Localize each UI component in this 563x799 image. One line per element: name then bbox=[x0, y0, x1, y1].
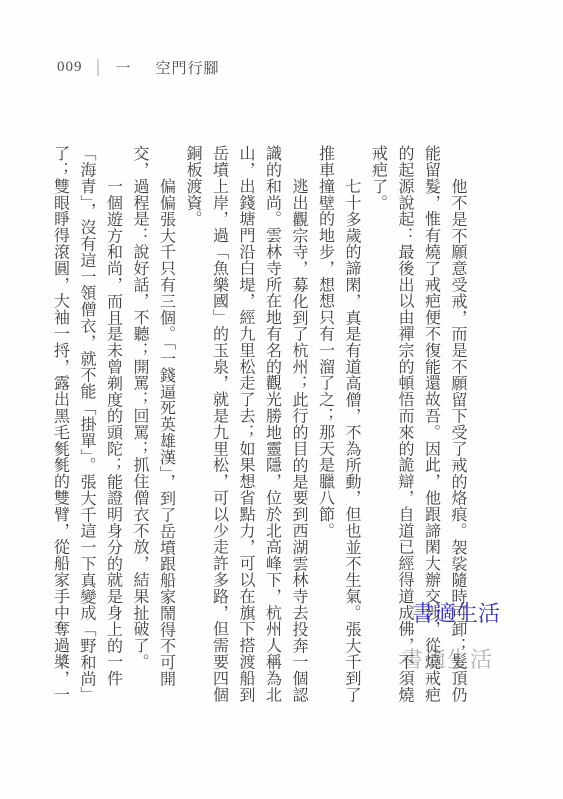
text-column: 的起源說起：最後出以由禪宗的頓悟而來的詭辯，自道已經得道成佛，不須燒 bbox=[391, 145, 418, 705]
text-column: 他不是不願意受戒，而是不願留下受了戒的烙痕。袈裟隨時可卸；髮頂仍 bbox=[444, 145, 471, 705]
text-column: 推車撞壁的地步，想想只有一溜了之；那天是臘八節。 bbox=[311, 145, 338, 705]
text-column: 七十多歲的諦閑，真是有道高僧，不為所動，但也並不生氣。張大千到了 bbox=[338, 145, 365, 705]
text-column: 岳墳上岸，過「魚樂國」的玉泉，就是九里松，可以少走許多路，但需要四個 bbox=[205, 145, 232, 705]
text-column: 偏偏張大千只有三個。「一錢逼死英雄漢」，到了岳墳跟船家鬧得不可開 bbox=[152, 145, 179, 705]
chapter-number: 一 bbox=[116, 57, 132, 78]
text-column: 一個遊方和尚，而且是未曾剃度的頭陀；能證明身分的就是身上的一件 bbox=[99, 145, 126, 705]
text-column: 識的和尚。雲林寺所在地有名的觀光勝地靈隱，位於北高峰下，杭州人稱為北 bbox=[258, 145, 285, 705]
text-column: 了；雙眼睜得滾圓，大袖一捋，露出黑毛毿毿的雙臂，從船家手中奪過槳，一 bbox=[46, 145, 73, 705]
book-page: 009 ｜ 一 空門行腳 他不是不願意受戒，而是不願留下受了戒的烙痕。袈裟隨時可… bbox=[0, 0, 563, 799]
chapter-title: 空門行腳 bbox=[156, 57, 220, 78]
text-column: 銅板渡資。 bbox=[179, 145, 206, 705]
text-column: 交，過程是：說好話，不聽；開罵；回罵；抓住僧衣不放，結果扯破了。 bbox=[126, 145, 153, 705]
text-column: 逃出觀宗寺，募化到了杭州；此行的目的是要到西湖雲林寺去投奔一個認 bbox=[285, 145, 312, 705]
text-column: 戒疤了。 bbox=[364, 145, 391, 705]
running-head: 009 ｜ 一 空門行腳 bbox=[57, 57, 220, 78]
body-text: 他不是不願意受戒，而是不願留下受了戒的烙痕。袈裟隨時可卸；髮頂仍能留髮，惟有燒了… bbox=[46, 145, 470, 705]
header-divider-bar: ｜ bbox=[91, 55, 107, 79]
text-column: 山，出錢塘門沿白堤，經九里松走了去；如果想省點力，可以在旗下搭渡船到 bbox=[232, 145, 259, 705]
text-column: 「海青」，沒有這一領僧衣，就不能「掛單」。張大千這一下真變成「野和尚」 bbox=[73, 145, 100, 705]
page-number: 009 bbox=[57, 59, 83, 76]
text-column: 能留髮，惟有燒了戒疤便不復能還故吾。因此，他跟諦閑大辦交涉，從燒戒疤 bbox=[417, 145, 444, 705]
